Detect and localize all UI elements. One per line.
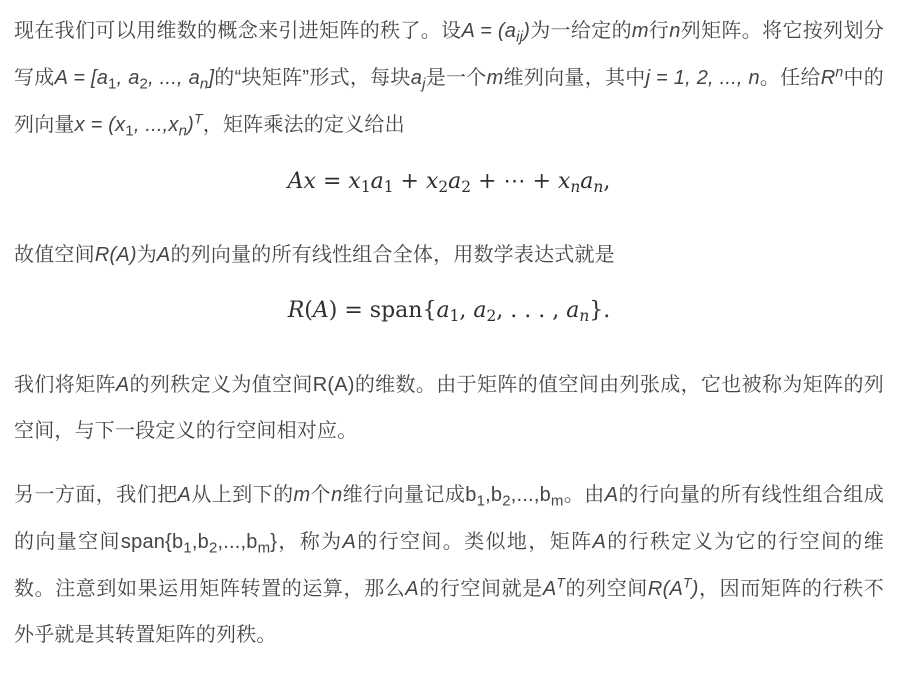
text-segment: x (75, 114, 85, 136)
text-segment: a (411, 67, 422, 89)
text-segment: Ax (288, 169, 316, 194)
text-segment: , (603, 169, 610, 194)
text-segment: a (580, 169, 593, 194)
text-segment: = ( (474, 20, 505, 42)
text-segment: A (461, 20, 474, 42)
text-segment: n (669, 20, 680, 42)
text-segment: 的行空间。类似地，矩阵 (356, 531, 592, 553)
text-segment: 。由 (564, 484, 605, 506)
text-segment: 1 (450, 307, 460, 325)
text-segment: A (405, 578, 419, 600)
text-segment: a (473, 298, 486, 323)
text-segment: , (459, 298, 473, 323)
text-segment: 从上到下的 (191, 484, 293, 506)
text-segment: m (632, 20, 649, 42)
text-segment: T (683, 574, 692, 590)
text-segment: 个 (310, 484, 331, 506)
text-segment: , (117, 67, 129, 89)
text-segment: n (179, 123, 188, 140)
text-segment: + (394, 169, 426, 194)
text-segment: A (592, 531, 606, 553)
text-segment: a (189, 67, 200, 89)
text-segment: a (448, 169, 461, 194)
text-segment: 的“块矩阵”形式，每块 (214, 67, 411, 89)
text-segment: 的列秩定义为值空间R(A)的维数。由于矩阵的值空间由列张成，它也被称为矩阵的列空… (14, 374, 884, 442)
text-segment: 1 (384, 178, 394, 196)
text-segment: 1 (361, 178, 371, 196)
text-segment: A (116, 374, 130, 396)
text-segment: A (669, 578, 683, 600)
text-segment: T (556, 574, 565, 590)
text-segment: a (371, 169, 384, 194)
text-segment: = [ (67, 67, 96, 89)
text-segment: ) = span{ (329, 298, 437, 323)
text-segment: A (543, 578, 557, 600)
text-segment: 故值空间 (14, 244, 95, 266)
equation-matrix-vector-product: Ax = x1a1 + x2a2 + ⋯ + xnan, (14, 167, 884, 198)
text-segment: n (579, 307, 589, 325)
text-segment: A (343, 531, 357, 553)
text-segment: x (115, 114, 125, 136)
text-segment: ,...,b (511, 484, 551, 506)
text-segment: x (168, 114, 178, 136)
text-segment: 2 (502, 492, 511, 509)
text-segment: a (505, 20, 516, 42)
paragraph-row-rank: 另一方面，我们把A从上到下的m个n维行向量记成b1,b2,...,bm。由A的行… (14, 472, 884, 658)
text-segment: m (258, 539, 271, 556)
text-segment: a (566, 298, 579, 323)
text-segment: T (194, 110, 203, 126)
text-segment: a (436, 298, 449, 323)
text-segment: 是一个 (426, 67, 487, 89)
text-segment: 我们将矩阵 (14, 374, 116, 396)
text-segment: 1 (183, 539, 192, 556)
text-segment: 行 (649, 20, 669, 42)
text-segment: 的行空间就是 (419, 578, 543, 600)
text-segment: x (558, 169, 570, 194)
text-segment: }，称为 (270, 531, 342, 553)
text-segment: 2 (140, 76, 149, 93)
paragraph-intro-rank: 现在我们可以用维数的概念来引进矩阵的秩了。设A = (aij)为一给定的m行n列… (14, 8, 884, 149)
text-segment: 维行向量记成b (342, 484, 476, 506)
text-segment: , ..., (148, 67, 188, 89)
text-segment: ) (187, 114, 194, 136)
text-segment: R(A) (95, 244, 137, 266)
text-segment: 为一给定的 (530, 20, 632, 42)
text-segment: , . . . , (496, 298, 566, 323)
text-segment: = ( (85, 114, 115, 136)
text-segment: m (294, 484, 311, 506)
text-segment: a (97, 67, 108, 89)
text-segment: 2 (438, 178, 448, 196)
text-segment: 现在我们可以用维数的概念来引进矩阵的秩了。设 (14, 20, 461, 42)
text-segment: 1 (477, 492, 486, 509)
text-segment: 为 (137, 244, 157, 266)
text-segment: 1 (108, 76, 117, 93)
text-segment: A (313, 298, 329, 323)
text-segment: 。任给 (760, 67, 821, 89)
text-segment: ( (304, 298, 313, 323)
text-segment: x (348, 169, 360, 194)
text-segment: ,b (192, 531, 209, 553)
text-segment: R (648, 578, 663, 600)
text-segment: 另一方面，我们把 (14, 484, 178, 506)
text-segment: }. (589, 298, 610, 323)
text-segment: 维列向量，其中 (503, 67, 645, 89)
text-segment: A (55, 67, 68, 89)
text-segment: A (605, 484, 619, 506)
text-segment: 2 (487, 307, 497, 325)
text-segment: ，矩阵乘法的定义给出 (203, 114, 405, 136)
text-segment: 2 (461, 178, 471, 196)
text-segment: R (288, 298, 305, 323)
text-segment: R (821, 67, 836, 89)
text-segment: , ..., (134, 114, 169, 136)
equation-span-definition: R(A) = span{a1, a2, . . . , an}. (14, 296, 884, 327)
text-segment: j = 1, 2, ..., n (646, 67, 760, 89)
document-page: 现在我们可以用维数的概念来引进矩阵的秩了。设A = (aij)为一给定的m行n列… (0, 0, 898, 698)
text-segment: ,b (485, 484, 502, 506)
text-segment: = (316, 169, 348, 194)
text-segment: n (570, 178, 580, 196)
text-segment: A (157, 244, 171, 266)
paragraph-column-rank: 我们将矩阵A的列秩定义为值空间R(A)的维数。由于矩阵的值空间由列张成，它也被称… (14, 362, 884, 454)
text-segment: 的列空间 (565, 578, 648, 600)
text-segment: n (331, 484, 342, 506)
text-segment: ) (692, 578, 699, 600)
text-segment: m (487, 67, 504, 89)
text-segment: x (426, 169, 438, 194)
text-segment: A (178, 484, 192, 506)
text-segment: n (593, 178, 603, 196)
text-segment: 1 (125, 123, 134, 140)
text-segment: a (128, 67, 139, 89)
text-segment: ,...,b (217, 531, 257, 553)
paragraph-range-space: 故值空间R(A)为A的列向量的所有线性组合全体，用数学表达式就是 (14, 232, 884, 278)
text-segment: + ⋯ + (471, 169, 558, 194)
text-segment: m (551, 492, 564, 509)
text-segment: 的列向量的所有线性组合全体，用数学表达式就是 (170, 244, 614, 266)
